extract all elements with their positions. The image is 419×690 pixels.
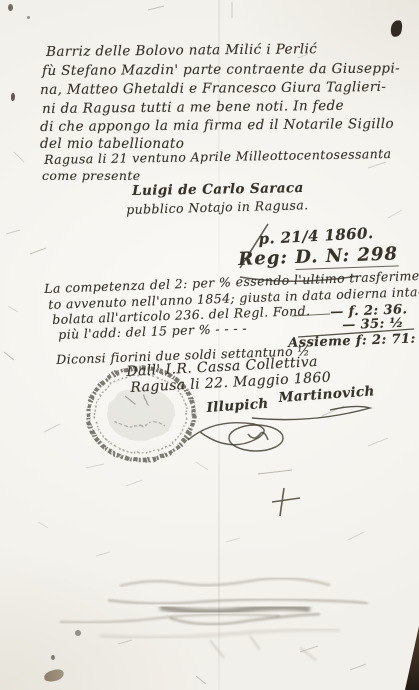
body-line-3: na, Matteo Ghetaldi e Francesco Giura Ta… [40, 79, 386, 98]
speck [75, 630, 81, 636]
registration-number: Reg: D. N: 298 [238, 243, 398, 270]
body-line-4: ni da Ragusa tutti a me bene noti. In fe… [42, 98, 344, 117]
ink-blot-top-right [389, 19, 404, 38]
ink-bleed-through [60, 578, 368, 660]
signature-right-flourish [252, 406, 370, 419]
reg-number-value: D. N: 298 [295, 243, 399, 270]
smudge-bottom-left [43, 668, 65, 683]
signature-left-flourish [188, 423, 283, 451]
notary-signature: Luigi de Carlo Saraca [132, 180, 304, 199]
page-edge-shadow [405, 626, 419, 690]
body-line-2: fù Stefano Mazdin' parte contraente da G… [42, 61, 400, 79]
speck-top-left [8, 4, 13, 11]
speck [11, 93, 15, 101]
speck [27, 16, 30, 19]
age-mark [258, 470, 292, 474]
document-page: Barriz delle Bolovo nata Milić i Perlić … [0, 0, 419, 690]
body-line-5: di che appongo la mia firma ed il Notari… [40, 116, 394, 135]
notary-title: pubblico Notajo in Ragusa. [126, 197, 309, 217]
reg-label: Reg: [238, 247, 288, 270]
cross-mark [272, 488, 300, 516]
speck [51, 655, 55, 660]
fee-amount-2: — 35: ½ [342, 316, 404, 333]
body-line-1: Barriz delle Bolovo nata Milić i Perlić [46, 41, 317, 60]
signature-left: Illupich [206, 396, 269, 416]
body-line-8: come presente [42, 168, 141, 183]
